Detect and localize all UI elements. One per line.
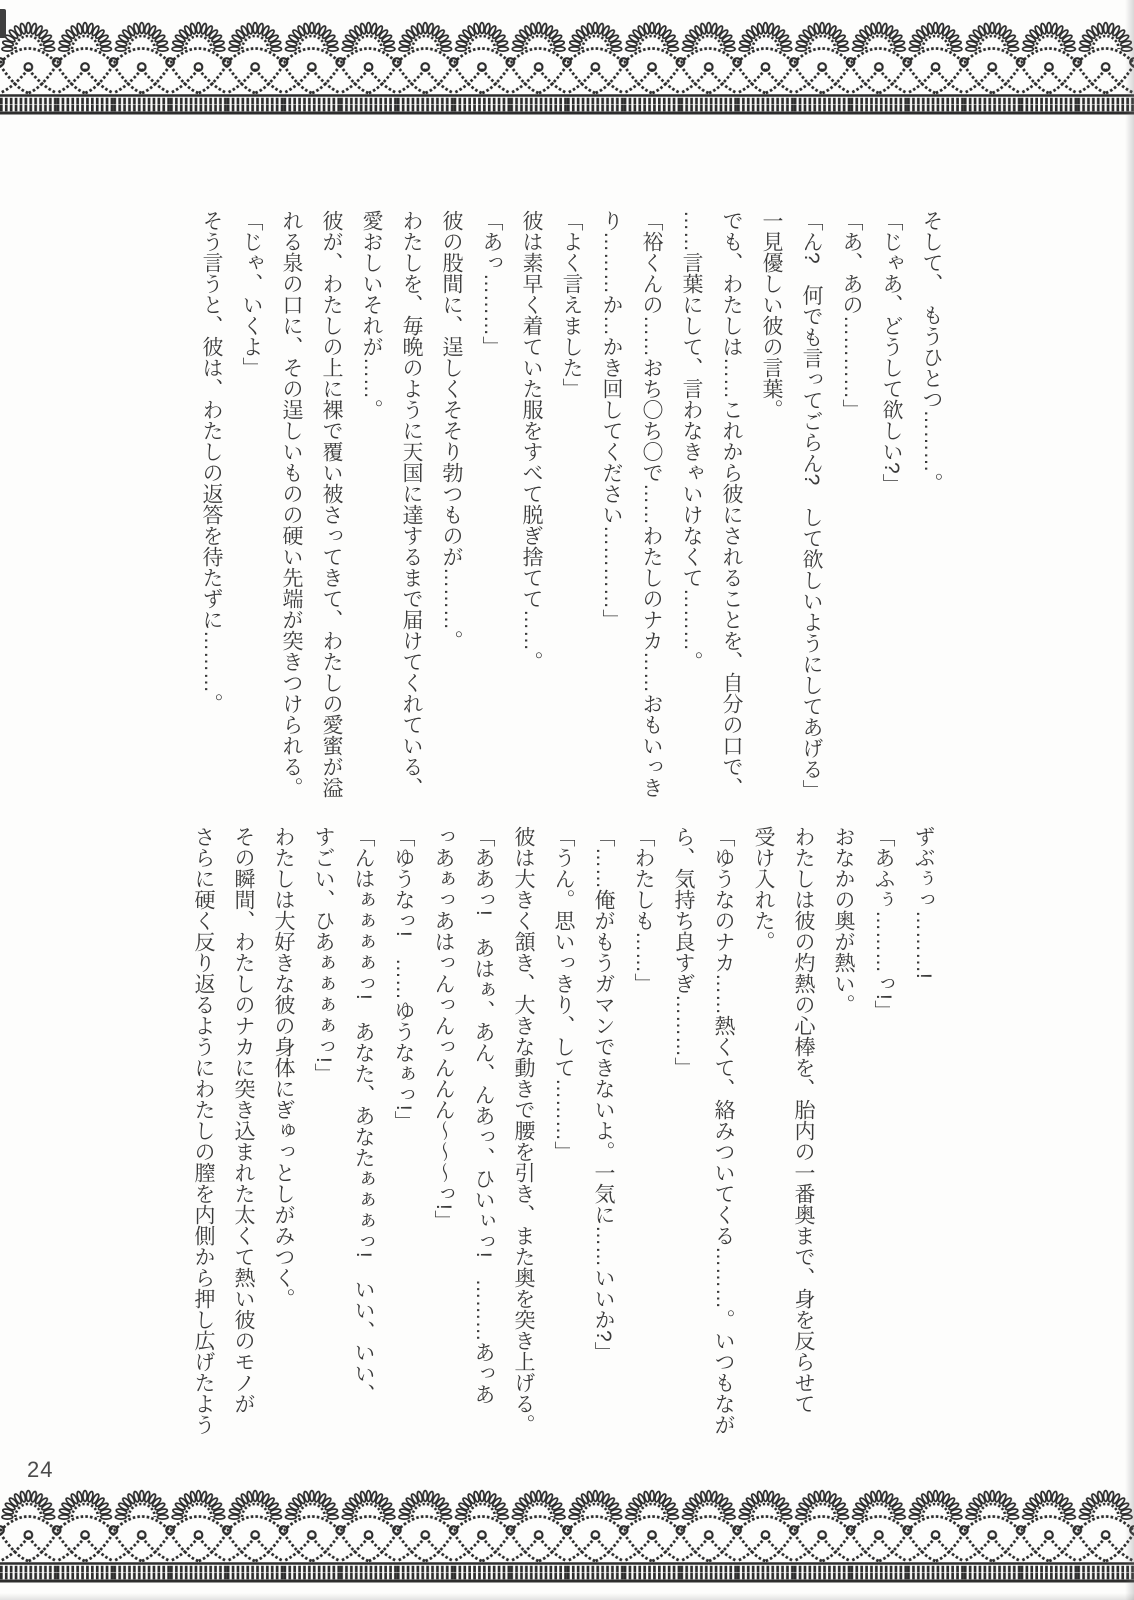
text-column: 「んはぁぁぁぁっ! あなた、あなたぁぁぁっ! いい、いい、 [343,826,383,1444]
page-number: 24 [27,1457,53,1483]
scanned-page: そして、 もうひとつ………。 「じゃあ、どうして欲しい?」 「あ、あの…………」… [0,0,1134,1600]
text-column: 「裕くんの……おち〇ち〇で……わたしのナカ……おもいっき [631,210,671,812]
text-column: 「……俺がもうガマンできないよ。一気に……いいか?」 [583,826,623,1444]
text-column: 「あっ………」 [471,210,511,812]
text-column: 「よく言えました」 [551,210,591,812]
text-column: わたしは彼の灼熱の心棒を、胎内の一番奥まで、身を反らせて [783,826,823,1444]
text-column: 彼の股間に、逞しくそそり勃つものが………。 [431,210,471,812]
text-column: 一見優しい彼の言葉。 [751,210,791,812]
text-column: 「ん? 何でも言ってごらん? して欲しいようにしてあげる」 [791,210,831,812]
text-column: ずぶぅっ………! [903,826,943,1444]
text-block-top: そして、 もうひとつ………。 「じゃあ、どうして欲しい?」 「あ、あの…………」… [191,210,951,812]
text-column: ……言葉にして、言わなきゃいけなくて………。 [671,210,711,812]
text-column: ら、気持ち良すぎ………」 [663,826,703,1444]
text-column: さらに硬く反り返るようにわたしの膣を内側から押し広げたよう [183,826,223,1444]
text-column: すごい、ひあぁぁぁぁっ!」 [303,826,343,1444]
text-column: れる泉の口に、その逞しいものの硬い先端が突きつけられる。 [271,210,311,812]
text-column: 彼が、わたしの上に裸で覆い被さってきて、わたしの愛蜜が溢 [311,210,351,812]
text-column: わたしを、毎晩のように天国に達するまで届けてくれている、 [391,210,431,812]
text-column: 「ゆうなのナカ……熱くて、絡みついてくる………。いつもなが [703,826,743,1444]
text-column: 愛おしいそれが……。 [351,210,391,812]
text-column: 彼は素早く着ていた服をすべて脱ぎ捨てて……。 [511,210,551,812]
text-column: 「じゃあ、どうして欲しい?」 [871,210,911,812]
text-column: 「じゃ、いくよ」 [231,210,271,812]
text-column: 受け入れた。 [743,826,783,1444]
text-column: 「ゆうなっ! ……ゆうなぁっ!」 [383,826,423,1444]
scan-edge-shadow-bottom [0,1593,1134,1600]
text-column: 「あふぅ………っ!」 [863,826,903,1444]
text-column: そう言うと、彼は、わたしの返答を待たずに………。 [191,210,231,812]
lace-border-top [0,9,1134,115]
text-column: 「ああっ! あはぁ、あん、んあっ、ひいぃっ! ………あっあ [463,826,503,1444]
text-column: 「うん。思いっきり、して………」 [543,826,583,1444]
text-column: そして、 もうひとつ………。 [911,210,951,812]
text-column: わたしは大好きな彼の身体にぎゅっとしがみつく。 [263,826,303,1444]
text-column: っあぁっあはっんっんっんんん〜〜〜っ!」 [423,826,463,1444]
lace-border-bottom [0,1477,1134,1583]
text-column: でも、わたしは……これから彼にされることを、自分の口で、 [711,210,751,812]
text-column: 彼は大きく頷き、大きな動きで腰を引き、また奥を突き上げる。 [503,826,543,1444]
scan-edge-shadow-right [1125,0,1134,1600]
text-block-bottom: ずぶぅっ………! 「あふぅ………っ!」 おなかの奥が熱い。 わたしは彼の灼熱の心… [183,826,943,1444]
text-column: り………か…かき回してください…………」 [591,210,631,812]
text-column: 「あ、あの…………」 [831,210,871,812]
text-column: その瞬間、わたしのナカに突き込まれた太くて熱い彼のモノが [223,826,263,1444]
text-column: 「わたしも……」 [623,826,663,1444]
text-column: おなかの奥が熱い。 [823,826,863,1444]
scan-artifact-mark [0,9,6,38]
